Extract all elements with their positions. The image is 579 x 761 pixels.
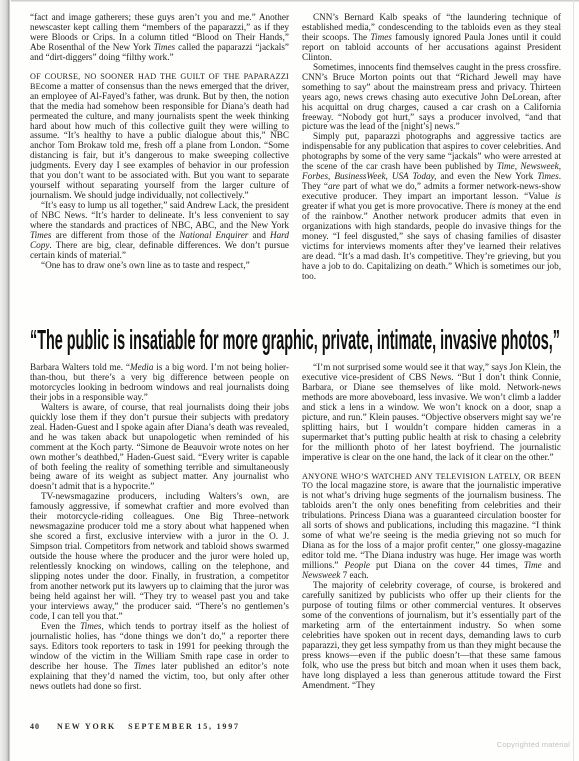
paragraph: “It’s easy to lump us all together,” sai… xyxy=(30,201,289,261)
issue-date: SEPTEMBER 15, 1997 xyxy=(128,722,240,731)
page-right-edge xyxy=(573,0,574,761)
paragraph: Simply put, paparazzi photographs and ag… xyxy=(302,132,561,281)
page-top-edge xyxy=(0,0,579,2)
column-top-right: CNN’s Bernard Kalb speaks of “the launde… xyxy=(302,13,561,316)
article-body: “fact and image gatherers; these guys ar… xyxy=(30,13,561,712)
paragraph-smallcaps-lead: ANYONE WHO’S WATCHED ANY TELEVISION LATE… xyxy=(302,472,561,581)
paragraph: Barbara Walters told me. “Media is a big… xyxy=(30,363,289,403)
paragraph-smallcaps-lead: OF COURSE, NO SOONER HAD THE GUILT OF TH… xyxy=(30,72,289,201)
top-text-section: “fact and image gatherers; these guys ar… xyxy=(30,13,561,316)
magazine-name: NEW YORK xyxy=(57,722,116,731)
pull-quote-text: “The public is insatiable for more graph… xyxy=(30,324,560,355)
paragraph: “fact and image gatherers; these guys ar… xyxy=(30,13,289,63)
page-number: 40 xyxy=(30,722,40,731)
paragraph: Even the Times, which tends to portray i… xyxy=(30,622,289,692)
paragraph: Sometimes, innocents find themselves cau… xyxy=(302,63,561,133)
page-left-edge xyxy=(0,0,11,761)
pull-quote: “The public is insatiable for more graph… xyxy=(30,321,561,358)
paragraph: TV-newsmagazine producers, including Wal… xyxy=(30,492,289,621)
column-bottom-right: “I’m not surprised some would see it tha… xyxy=(302,363,561,712)
column-top-left: “fact and image gatherers; these guys ar… xyxy=(30,13,289,316)
paragraph: Walters is aware, of course, that real j… xyxy=(30,403,289,493)
magazine-page: “fact and image gatherers; these guys ar… xyxy=(0,0,579,761)
paragraph: “One has to draw one’s own line as to ta… xyxy=(30,261,289,271)
paragraph: The majority of celebrity coverage, of c… xyxy=(302,581,561,690)
bottom-text-section: Barbara Walters told me. “Media is a big… xyxy=(30,363,561,712)
copyright-note: Copyrighted material xyxy=(497,740,570,749)
pull-quote-graphic: “The public is insatiable for more graph… xyxy=(30,321,561,358)
paragraph: “I’m not surprised some would see it tha… xyxy=(302,363,561,463)
paragraph: CNN’s Bernard Kalb speaks of “the launde… xyxy=(302,13,561,63)
page-footer: 40 NEW YORK SEPTEMBER 15, 1997 xyxy=(30,722,240,731)
column-bottom-left: Barbara Walters told me. “Media is a big… xyxy=(30,363,289,712)
